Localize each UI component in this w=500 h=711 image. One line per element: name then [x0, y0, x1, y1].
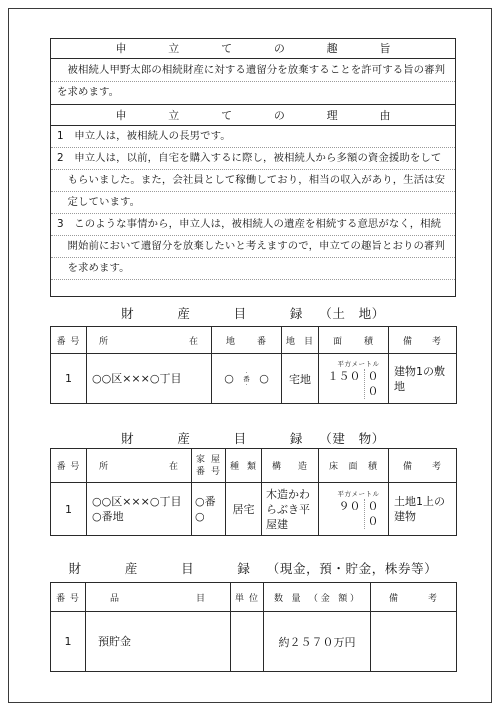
area-decimal: ００: [365, 369, 388, 399]
lot-unit-label: 番: [242, 374, 251, 383]
land-cell-lot: 番 ○ ○: [212, 354, 282, 404]
building-header-location: 所 在: [87, 449, 192, 483]
building-header-no: 番 号: [51, 449, 87, 483]
building-cell-type: 居宅: [226, 483, 262, 536]
building-cell-floor-area: 平方メートル ９０ ００: [319, 483, 389, 536]
building-data-row: 1 ○○区×××○丁目○番地 ○番○ 居宅 木造かわらぶき平屋建 平方メートル …: [51, 483, 457, 536]
floor-area-decimal: ００: [365, 499, 388, 529]
cash-cell-remarks: [371, 612, 457, 672]
building-header-remarks: 備 考: [389, 449, 457, 483]
land-cell-category: 宅地: [282, 354, 319, 404]
lot-right-value: ○: [246, 372, 281, 385]
land-table: 番 号 所 在 地 番 地 目 面 積 備 考 1 ○○区×××○丁目 番 ○ …: [50, 326, 457, 404]
cash-header-row: 番 号 品 目 単 位 数 量 （金 額） 備 考: [51, 583, 457, 612]
building-cell-remarks: 土地1上の建物: [389, 483, 457, 536]
cash-title-main: 財 産 目 録: [69, 561, 266, 576]
house-no-header-line1: 家 屋: [192, 454, 225, 466]
cash-cell-unit: [231, 612, 264, 672]
land-header-row: 番 号 所 在 地 番 地 目 面 積 備 考: [51, 327, 457, 354]
cash-header-no: 番 号: [51, 583, 86, 612]
petition-document-page: 申 立 て の 趣 旨 被相続人甲野太郎の相続財産に対する遺留分を放棄することを…: [0, 0, 500, 711]
building-title-main: 財 産 目 録: [121, 431, 318, 446]
land-cell-area: 平方メートル １５０ ００: [319, 354, 389, 404]
land-header-area: 面 積: [319, 327, 389, 354]
cash-title-suffix: （現金，預・貯金，株券等）: [267, 561, 438, 576]
cash-cell-item: 預貯金: [86, 612, 231, 672]
cash-header-item: 品 目: [86, 583, 231, 612]
floor-area-integer: ９０: [319, 499, 365, 529]
building-header-structure: 構 造: [262, 449, 319, 483]
cash-header-unit: 単 位: [231, 583, 264, 612]
reason-line-5: 3 このような事情から，申立人は，被相続人の遺産を相続する意思がなく，相続: [51, 214, 455, 236]
building-table-title: 財 産 目 録（建 物）: [50, 429, 456, 447]
gist-line-1: 被相続人甲野太郎の相続財産に対する遺留分を放棄することを許可する旨の審判: [51, 59, 455, 82]
reason-section-title: 申 立 て の 理 由: [51, 104, 455, 126]
area-integer: １５０: [319, 369, 365, 399]
cash-cell-no: 1: [51, 612, 86, 672]
lot-left-value: ○: [212, 372, 246, 385]
house-no-header-line2: 番 号: [192, 466, 225, 478]
cash-header-amount: 数 量 （金 額）: [264, 583, 371, 612]
area-unit-label: 平方メートル: [324, 359, 389, 368]
building-table: 番 号 所 在 家 屋 番 号 種 類 構 造 床 面 積 備 考 1 ○○区×…: [50, 448, 457, 536]
land-table-title: 財 産 目 録（土 地）: [50, 304, 456, 322]
land-cell-location: ○○区×××○丁目: [87, 354, 212, 404]
land-cell-remarks: 建物1の敷地: [389, 354, 457, 404]
reason-line-7: を求めます。: [51, 258, 455, 280]
land-header-no: 番 号: [51, 327, 87, 354]
reason-line-6: 開始前において遺留分を放棄したいと考えますので，申立ての趣旨とおりの審判: [51, 236, 455, 258]
gist-line-2: を求めます。: [51, 82, 455, 104]
building-header-floor-area: 床 面 積: [319, 449, 389, 483]
petition-box: 申 立 て の 趣 旨 被相続人甲野太郎の相続財産に対する遺留分を放棄することを…: [50, 38, 456, 297]
cash-table: 番 号 品 目 単 位 数 量 （金 額） 備 考 1 預貯金 約２５７０万円: [50, 582, 457, 672]
building-title-suffix: （建 物）: [319, 431, 385, 446]
land-title-main: 財 産 目 録: [121, 306, 318, 321]
land-cell-no: 1: [51, 354, 87, 404]
land-title-suffix: （土 地）: [319, 306, 385, 321]
building-cell-location: ○○区×××○丁目○番地: [87, 483, 192, 536]
building-header-house-no: 家 屋 番 号: [192, 449, 226, 483]
building-header-type: 種 類: [226, 449, 262, 483]
land-data-row: 1 ○○区×××○丁目 番 ○ ○ 宅地 平方メートル １５０ ００: [51, 354, 457, 404]
cash-cell-amount: 約２５７０万円: [264, 612, 371, 672]
building-cell-no: 1: [51, 483, 87, 536]
reason-line-4: 定しています。: [51, 192, 455, 214]
land-header-remarks: 備 考: [389, 327, 457, 354]
building-cell-structure: 木造かわらぶき平屋建: [262, 483, 319, 536]
reason-line-1: 1 申立人は，被相続人の長男です。: [51, 126, 455, 148]
building-header-row: 番 号 所 在 家 屋 番 号 種 類 構 造 床 面 積 備 考: [51, 449, 457, 483]
cash-table-title: 財 産 目 録（現金，預・貯金，株券等）: [50, 559, 456, 577]
land-header-category: 地 目: [282, 327, 319, 354]
reason-line-2: 2 申立人は，以前，自宅を購入するに際し，被相続人から多額の資金援助をして: [51, 148, 455, 170]
land-header-location: 所 在: [87, 327, 212, 354]
land-header-lot: 地 番: [212, 327, 282, 354]
reason-line-3: もらいました。また，会社員として稼働しており，相当の収入があり，生活は安: [51, 170, 455, 192]
building-cell-house-no: ○番○: [192, 483, 226, 536]
floor-area-unit-label: 平方メートル: [324, 489, 389, 498]
gist-section-title: 申 立 て の 趣 旨: [51, 39, 455, 59]
cash-data-row: 1 預貯金 約２５７０万円: [51, 612, 457, 672]
cash-header-remarks: 備 考: [371, 583, 457, 612]
